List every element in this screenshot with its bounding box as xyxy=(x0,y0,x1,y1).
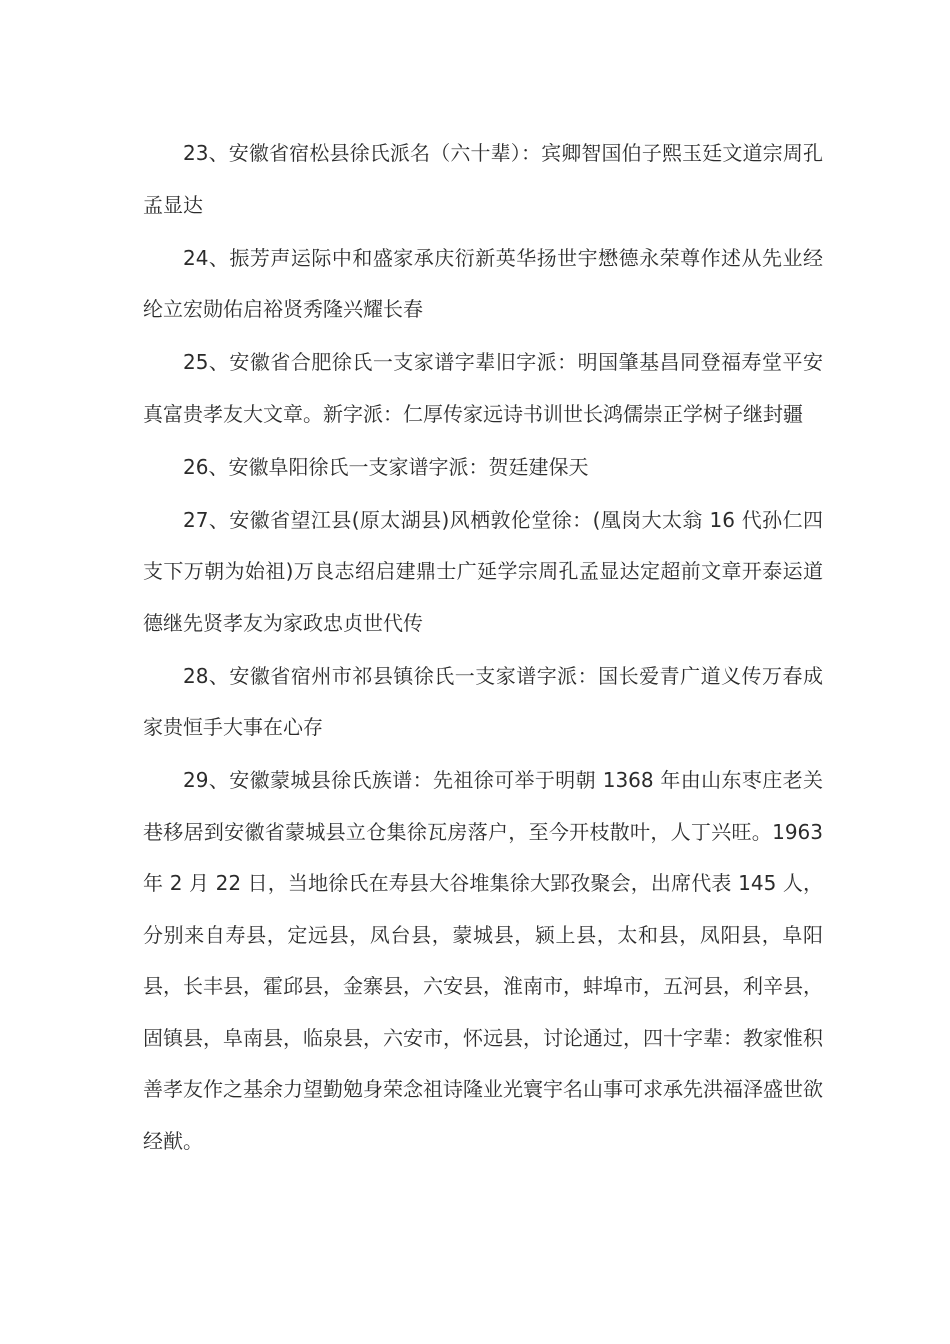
paragraph-24: 24、振芳声运际中和盛家承庆衍新英华扬世宇懋德永荣尊作述从先业经纶立宏勋佑启裕贤… xyxy=(143,233,823,336)
paragraph-28: 28、安徽省宿州市祁县镇徐氏一支家谱字派：国长爱青广道义传万春成家贵恒手大事在心… xyxy=(143,651,823,754)
paragraph-29: 29、安徽蒙城县徐氏族谱：先祖徐可举于明朝 1368 年由山东枣庄老关巷移居到安… xyxy=(143,755,823,1167)
paragraph-25: 25、安徽省合肥徐氏一支家谱字辈旧字派：明国肇基昌同登福寿堂平安真富贵孝友大文章… xyxy=(143,337,823,440)
paragraph-27: 27、安徽省望江县(原太湖县)风栖敦伦堂徐：(凰岗大太翁 16 代孙仁四支下万朝… xyxy=(143,495,823,650)
paragraph-26: 26、安徽阜阳徐氏一支家谱字派：贺廷建保天 xyxy=(143,442,823,494)
paragraph-23: 23、安徽省宿松县徐氏派名（六十辈）：宾卿智国伯子熙玉廷文道宗周孔孟显达 xyxy=(143,128,823,231)
document-page: 23、安徽省宿松县徐氏派名（六十辈）：宾卿智国伯子熙玉廷文道宗周孔孟显达 24、… xyxy=(143,128,823,1169)
